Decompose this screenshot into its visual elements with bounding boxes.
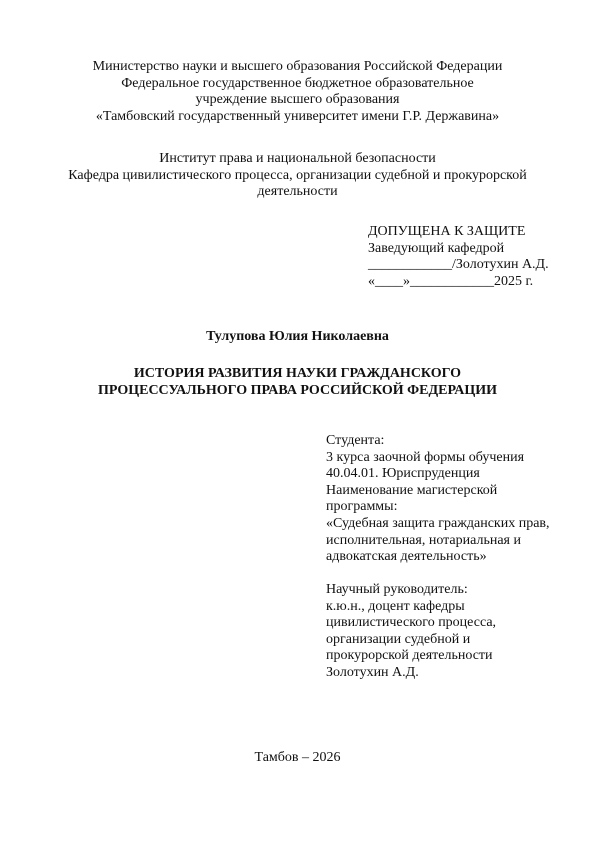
university-name: «Тамбовский государственный университет …: [0, 109, 595, 126]
program-name: «Судебная защита гражданских прав,: [326, 516, 550, 533]
advisor-department-cont: организации судебной и: [326, 632, 496, 649]
student-course: 3 курса заочной формы обучения: [326, 450, 550, 467]
thesis-title-line-1: ИСТОРИЯ РАЗВИТИЯ НАУКИ ГРАЖДАНСКОГО: [0, 366, 595, 383]
advisor-department: цивилистического процесса,: [326, 615, 496, 632]
advisor-info-block: Научный руководитель: к.ю.н., доцент каф…: [326, 582, 496, 682]
student-info-block: Студента: 3 курса заочной формы обучения…: [326, 433, 550, 566]
approval-position: Заведующий кафедрой: [368, 241, 549, 258]
city-year: Тамбов – 2026: [0, 750, 595, 767]
institute-name: Институт права и национальной безопаснос…: [0, 151, 595, 168]
student-specialty: 40.04.01. Юриспруденция: [326, 466, 550, 483]
author-name-text: Тулупова Юлия Николаевна: [0, 329, 595, 346]
thesis-title: ИСТОРИЯ РАЗВИТИЯ НАУКИ ГРАЖДАНСКОГО ПРОЦ…: [0, 366, 595, 399]
ministry-name: Министерство науки и высшего образования…: [0, 59, 595, 76]
thesis-title-line-2: ПРОЦЕССУАЛЬНОГО ПРАВА РОССИЙСКОЙ ФЕДЕРАЦ…: [0, 383, 595, 400]
approval-title: ДОПУЩЕНА К ЗАЩИТЕ: [368, 224, 549, 241]
department-name: Кафедра цивилистического процесса, орган…: [0, 168, 595, 185]
department-name-cont: деятельности: [0, 184, 595, 201]
city-year-footer: Тамбов – 2026: [0, 750, 595, 767]
approval-signature-line: ____________/Золотухин А.Д.: [368, 257, 549, 274]
title-page: Министерство науки и высшего образования…: [0, 0, 595, 841]
advisor-department-end: прокурорской деятельности: [326, 648, 496, 665]
approval-block: ДОПУЩЕНА К ЗАЩИТЕ Заведующий кафедрой __…: [368, 224, 549, 290]
program-label: Наименование магистерской: [326, 483, 550, 500]
advisor-degree: к.ю.н., доцент кафедры: [326, 599, 496, 616]
advisor-name: Золотухин А.Д.: [326, 665, 496, 682]
institution-type-cont: учреждение высшего образования: [0, 92, 595, 109]
advisor-label: Научный руководитель:: [326, 582, 496, 599]
student-label: Студента:: [326, 433, 550, 450]
program-name-end: адвокатская деятельность»: [326, 549, 550, 566]
author-name: Тулупова Юлия Николаевна: [0, 329, 595, 346]
approval-date-line: «____»____________2025 г.: [368, 274, 549, 291]
program-label-cont: программы:: [326, 499, 550, 516]
institute-header: Институт права и национальной безопаснос…: [0, 151, 595, 201]
institution-type: Федеральное государственное бюджетное об…: [0, 76, 595, 93]
university-header: Министерство науки и высшего образования…: [0, 59, 595, 125]
program-name-cont: исполнительная, нотариальная и: [326, 533, 550, 550]
